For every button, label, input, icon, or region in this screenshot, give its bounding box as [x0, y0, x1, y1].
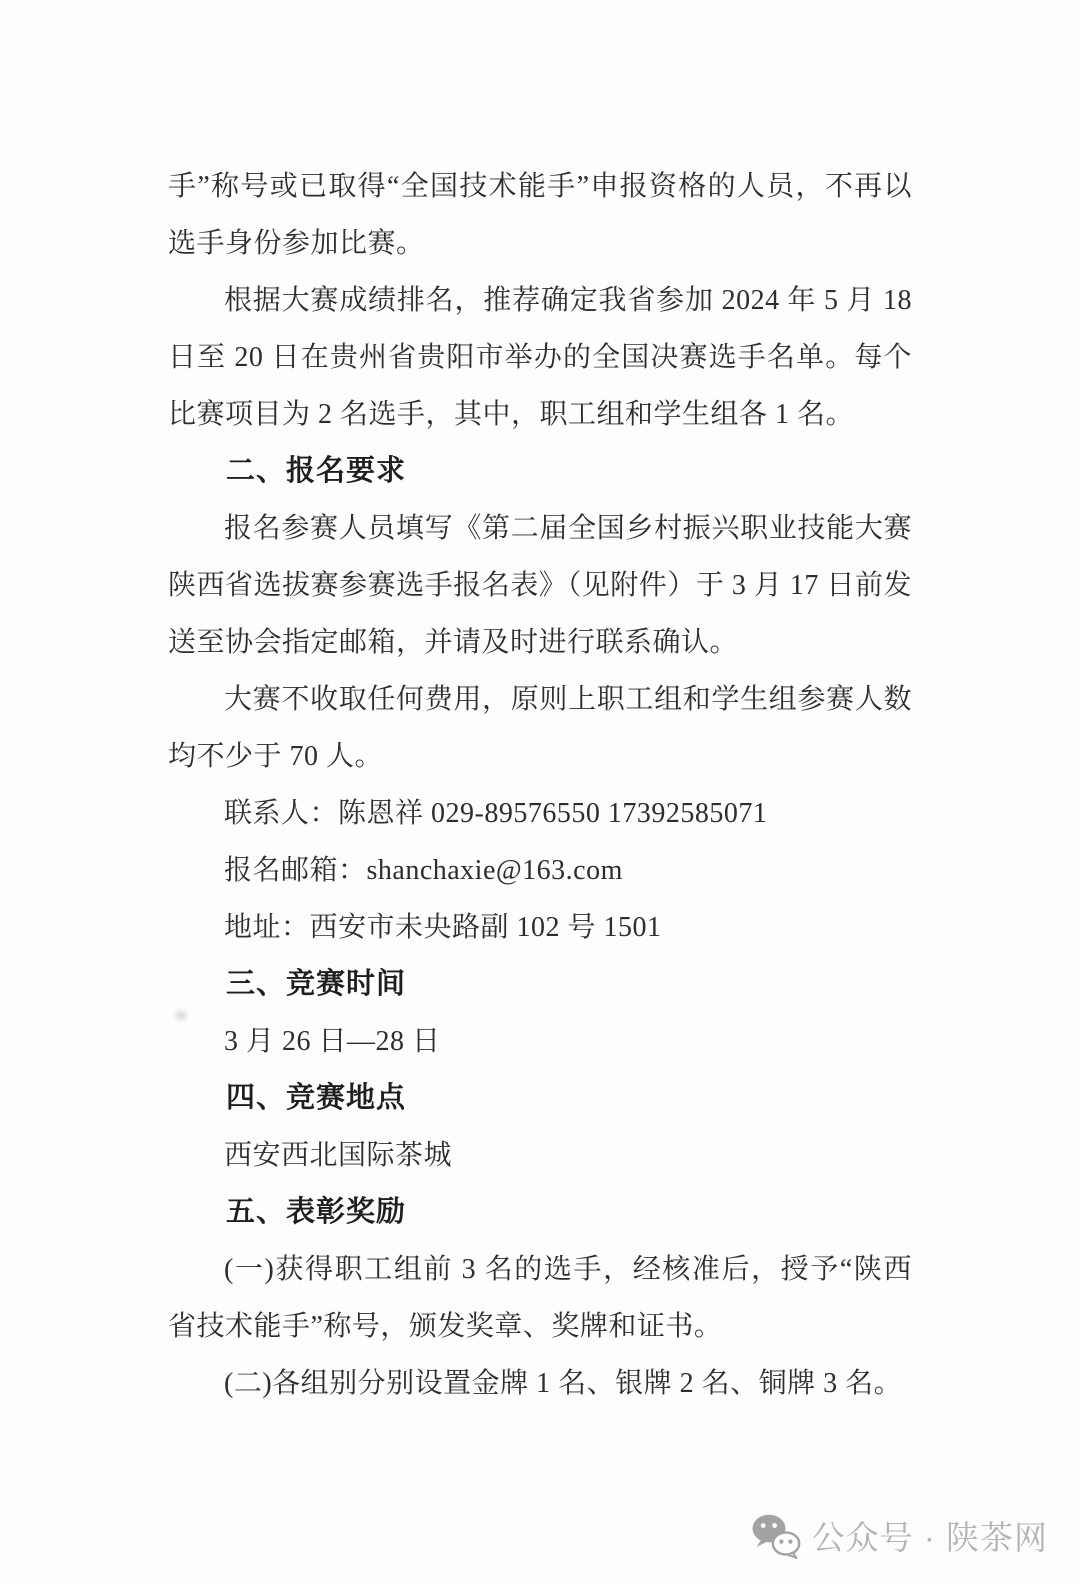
contact-person-line: 联系人：陈恩祥 029-89576550 17392585071 [168, 785, 912, 842]
document-page: 手”称号或已取得“全国技术能手”申报资格的人员，不再以选手身份参加比赛。 根据大… [0, 0, 1080, 1585]
section-heading-5: 五、表彰奖励 [168, 1184, 912, 1241]
section-heading-2: 二、报名要求 [168, 443, 912, 500]
competition-date-line: 3 月 26 日—28 日 [168, 1013, 912, 1070]
watermark-label: 公众号 · 陕茶网 [812, 1512, 1048, 1559]
paragraph: 根据大赛成绩排名，推荐确定我省参加 2024 年 5 月 18 日至 20 日在… [168, 272, 912, 443]
paragraph: (一)获得职工组前 3 名的选手，经核准后，授予“陕西省技术能手”称号，颁发奖章… [168, 1241, 912, 1355]
section-heading-4: 四、竞赛地点 [168, 1070, 912, 1127]
address-line: 地址：西安市未央路副 102 号 1501 [168, 899, 912, 956]
competition-venue-line: 西安西北国际茶城 [168, 1127, 912, 1184]
wechat-watermark: 公众号 · 陕茶网 [750, 1512, 1048, 1559]
paragraph: 大赛不收取任何费用，原则上职工组和学生组参赛人数均不少于 70 人。 [168, 671, 912, 785]
registration-email-line: 报名邮箱：shanchaxie@163.com [168, 842, 912, 899]
paragraph-continuation: 手”称号或已取得“全国技术能手”申报资格的人员，不再以选手身份参加比赛。 [168, 158, 912, 272]
section-heading-3: 三、竞赛时间 [168, 956, 912, 1013]
wechat-icon [750, 1513, 802, 1559]
document-body: 手”称号或已取得“全国技术能手”申报资格的人员，不再以选手身份参加比赛。 根据大… [168, 158, 912, 1412]
paragraph: (二)各组别分别设置金牌 1 名、银牌 2 名、铜牌 3 名。 [168, 1355, 912, 1412]
paragraph: 报名参赛人员填写《第二届全国乡村振兴职业技能大赛陕西省选拔赛参赛选手报名表》（见… [168, 500, 912, 671]
scan-artifact [172, 1008, 190, 1023]
